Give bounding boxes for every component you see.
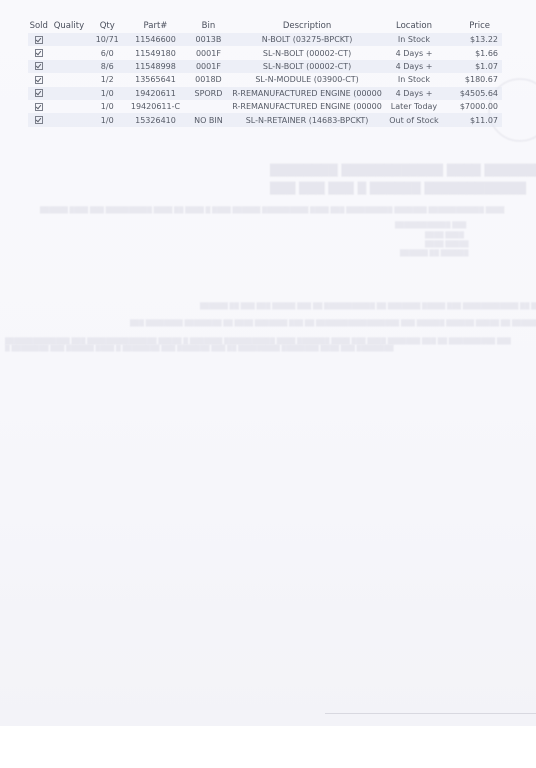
paper-edge-line [325, 713, 536, 714]
cell-location: Out of Stock [382, 113, 446, 126]
cell-bin: 0001F [185, 46, 232, 59]
cell-part-number: 13565641 [126, 73, 185, 86]
table-row[interactable]: 1/019420611-CR-REMANUFACTURED ENGINE (00… [28, 100, 502, 113]
parts-table: Sold Quality Qty Part# Bin Description L… [28, 19, 502, 127]
checked-checkbox-icon[interactable] [35, 103, 43, 111]
cell-description: R-REMANUFACTURED ENGINE (00000 [232, 87, 382, 100]
cell-part-number: 11546600 [126, 33, 185, 46]
cell-location: Later Today [382, 100, 446, 113]
cell-quality [50, 60, 89, 73]
table-row[interactable]: 1/015326410NO BINSL-N-RETAINER (14683-BP… [28, 113, 502, 126]
cell-quality [50, 73, 89, 86]
cell-bin: 0001F [185, 60, 232, 73]
cell-sold [28, 33, 50, 46]
bleed-through-text: ██████ ██ ██████ [400, 250, 468, 257]
cell-location: 4 Days + [382, 46, 446, 59]
cell-sold [28, 60, 50, 73]
cell-quality [50, 33, 89, 46]
bleed-through-text: ██████ ██ ████████████ ███ █████ ███████… [200, 303, 536, 310]
table-row[interactable]: 8/6115489980001FSL-N-BOLT (00002-CT)4 Da… [28, 60, 502, 73]
cell-part-number: 11548998 [126, 60, 185, 73]
cell-price: $4505.64 [446, 87, 502, 100]
checked-checkbox-icon[interactable] [35, 116, 43, 124]
checked-checkbox-icon[interactable] [35, 36, 43, 44]
cell-qty: 1/0 [88, 87, 126, 100]
cell-qty: 1/2 [88, 73, 126, 86]
bleed-through-text: ███ ████████████ [395, 222, 466, 229]
cell-location: 4 Days + [382, 87, 446, 100]
cell-description: SL-N-RETAINER (14683-BPCKT) [232, 113, 382, 126]
header-quality[interactable]: Quality [50, 19, 89, 33]
bleed-through-text: ████████ ███████ ██ █████ ██████ ██████ … [130, 320, 536, 327]
bleed-through-text: ████ ████████████ ███████ ██████████ ███… [40, 207, 504, 214]
checked-checkbox-icon[interactable] [35, 76, 43, 84]
header-description[interactable]: Description [232, 19, 382, 33]
table-header-row: Sold Quality Qty Part# Bin Description L… [28, 19, 502, 33]
bleed-through-text: █████ ████ [425, 241, 468, 248]
checked-checkbox-icon[interactable] [35, 62, 43, 70]
cell-quality [50, 100, 89, 113]
cell-bin: 0013B [185, 33, 232, 46]
cell-part-number: 19420611-C [126, 100, 185, 113]
cell-location: In Stock [382, 73, 446, 86]
cell-qty: 1/0 [88, 113, 126, 126]
cell-location: 4 Days + [382, 60, 446, 73]
cell-qty: 8/6 [88, 60, 126, 73]
cell-part-number: 19420611 [126, 87, 185, 100]
cell-bin: SPORD [185, 87, 232, 100]
bleed-through-text: █████████ ████ ████████████ ████████ [270, 164, 536, 177]
bleed-through-text: ███ ██████████ ██ ███ ███████ ████ ███ █… [5, 338, 511, 345]
table-row[interactable]: 10/71115466000013BN-BOLT (03275-BPCKT)In… [28, 33, 502, 46]
cell-qty: 6/0 [88, 46, 126, 59]
cell-bin: NO BIN [185, 113, 232, 126]
cell-sold [28, 73, 50, 86]
cell-description: SL-N-MODULE (03900-CT) [232, 73, 382, 86]
cell-part-number: 11549180 [126, 46, 185, 59]
cell-price: $1.66 [446, 46, 502, 59]
cell-qty: 10/71 [88, 33, 126, 46]
header-sold[interactable]: Sold [28, 19, 50, 33]
cell-description: SL-N-BOLT (00002-CT) [232, 60, 382, 73]
cell-bin [185, 100, 232, 113]
cell-quality [50, 46, 89, 59]
checked-checkbox-icon[interactable] [35, 89, 43, 97]
cell-sold [28, 100, 50, 113]
header-price[interactable]: Price [446, 19, 502, 33]
header-qty[interactable]: Qty [88, 19, 126, 33]
table-row[interactable]: 6/0115491800001FSL-N-BOLT (00002-CT)4 Da… [28, 46, 502, 59]
cell-bin: 0018D [185, 73, 232, 86]
cell-price: $7000.00 [446, 100, 502, 113]
cell-location: In Stock [382, 33, 446, 46]
header-bin[interactable]: Bin [185, 19, 232, 33]
bleed-through-text: ████████ ███ ████ ████████ █████████ ██ … [5, 345, 394, 352]
header-part-number[interactable]: Part# [126, 19, 185, 33]
cell-price: $13.22 [446, 33, 502, 46]
cell-qty: 1/0 [88, 100, 126, 113]
table-row[interactable]: 1/019420611SPORDR-REMANUFACTURED ENGINE … [28, 87, 502, 100]
cell-description: SL-N-BOLT (00002-CT) [232, 46, 382, 59]
cell-price: $11.07 [446, 113, 502, 126]
cell-quality [50, 87, 89, 100]
cell-sold [28, 46, 50, 59]
cell-price: $180.67 [446, 73, 502, 86]
checked-checkbox-icon[interactable] [35, 49, 43, 57]
bleed-through-text: ████ ████ [425, 232, 464, 239]
bleed-through-text: ████████████ ██████ █ ███ ███ ███ [270, 182, 526, 195]
cell-sold [28, 113, 50, 126]
cell-quality [50, 113, 89, 126]
cell-description: N-BOLT (03275-BPCKT) [232, 33, 382, 46]
cell-part-number: 15326410 [126, 113, 185, 126]
table-row[interactable]: 1/2135656410018DSL-N-MODULE (03900-CT)In… [28, 73, 502, 86]
header-location[interactable]: Location [382, 19, 446, 33]
cell-description: R-REMANUFACTURED ENGINE (00000 [232, 100, 382, 113]
cell-price: $1.07 [446, 60, 502, 73]
cell-sold [28, 87, 50, 100]
